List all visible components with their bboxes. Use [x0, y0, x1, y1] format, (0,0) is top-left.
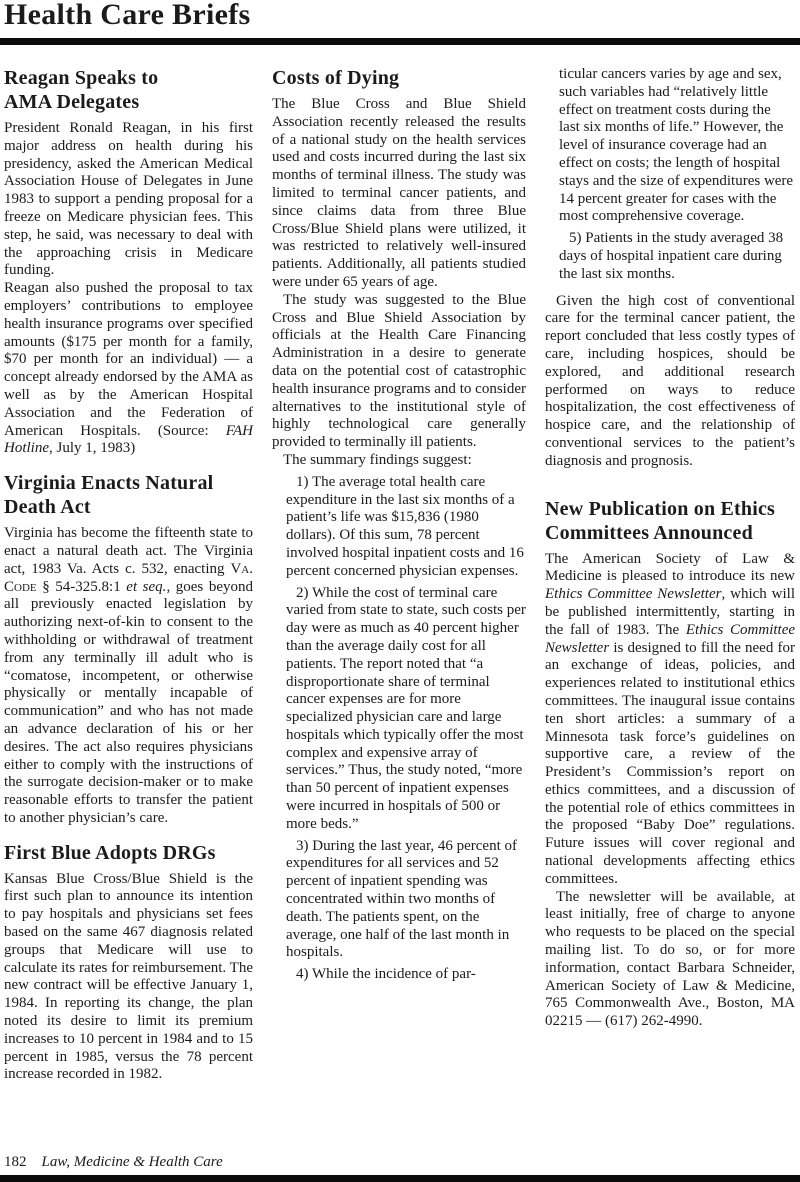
list-item-1: 1) The average total health care expendi…	[286, 474, 526, 581]
journal-page: Health Care Briefs Reagan Speaks to AMA …	[0, 0, 800, 1182]
journal-title: Law, Medicine & Health Care	[42, 1154, 223, 1170]
text-run: , July 1, 1983)	[49, 440, 135, 456]
page-number: 182	[4, 1154, 27, 1170]
column-1: Reagan Speaks to AMA Delegates President…	[4, 66, 253, 1084]
page-footer: 182Law, Medicine & Health Care	[4, 1153, 223, 1171]
text-run: , goes beyond all previously enacted leg…	[4, 579, 253, 826]
columns: Reagan Speaks to AMA Delegates President…	[4, 66, 795, 1084]
list-item-4-continuation: ticular cancers varies by age and sex, s…	[559, 66, 795, 226]
column-3: ticular cancers varies by age and sex, s…	[545, 66, 795, 1084]
paragraph: Given the high cost of conventional care…	[545, 293, 795, 471]
list-item-2: 2) While the cost of terminal care varie…	[286, 585, 526, 834]
heading-virginia-death-act: Virginia Enacts Natural Death Act	[4, 471, 253, 519]
heading-new-publication: New Publication on Ethics Committees Ann…	[545, 497, 795, 545]
top-rule	[0, 38, 800, 45]
paragraph: The Blue Cross and Blue Shield Associati…	[272, 96, 526, 292]
text-run-italic: et seq.	[126, 579, 166, 595]
text-run: The American Society of Law & Medicine i…	[545, 551, 795, 585]
text-run: § 54-325.8:1	[37, 579, 127, 595]
list-item-4: 4) While the incidence of par-	[286, 966, 526, 984]
paragraph: Reagan also pushed the proposal to tax e…	[4, 280, 253, 458]
paragraph: President Ronald Reagan, in his first ma…	[4, 120, 253, 280]
text-run: Reagan also pushed the proposal to tax e…	[4, 280, 253, 438]
paragraph: The American Society of Law & Medicine i…	[545, 551, 795, 889]
heading-first-blue-drgs: First Blue Adopts DRGs	[4, 841, 253, 865]
list-item-3: 3) During the last year, 46 percent of e…	[286, 838, 526, 963]
bottom-rule	[0, 1175, 800, 1182]
paragraph: Kansas Blue Cross/Blue Shield is the fir…	[4, 871, 253, 1085]
paragraph: The newsletter will be available, at lea…	[545, 889, 795, 1031]
paragraph: The summary findings suggest:	[272, 452, 526, 470]
text-run: is designed to fill the need for an exch…	[545, 640, 795, 887]
paragraph: Virginia has become the fifteenth state …	[4, 525, 253, 828]
page-title: Health Care Briefs	[4, 0, 250, 34]
text-run: Virginia has become the fifteenth state …	[4, 525, 253, 577]
heading-costs-of-dying: Costs of Dying	[272, 66, 526, 90]
paragraph: The study was suggested to the Blue Cros…	[272, 292, 526, 452]
text-run-italic: Ethics Committee Newsletter	[545, 586, 721, 602]
column-2: Costs of Dying The Blue Cross and Blue S…	[272, 66, 526, 1084]
list-item-5: 5) Patients in the study averaged 38 day…	[559, 230, 795, 283]
heading-reagan-speaks: Reagan Speaks to AMA Delegates	[4, 66, 253, 114]
